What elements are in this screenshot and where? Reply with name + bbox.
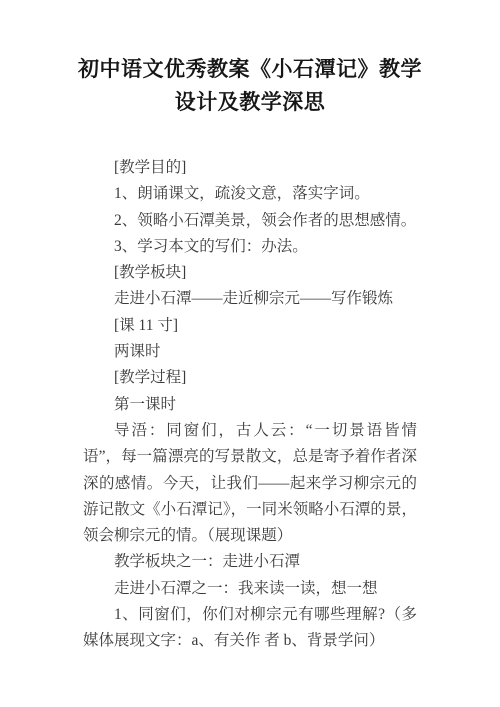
paragraph-teaching-goal-heading: [教学目的] bbox=[83, 155, 417, 181]
paragraph-section-one-activity: 走进小石潭之一：我来读一读，想一想 bbox=[83, 576, 417, 602]
page-title: 初中语文优秀教案《小石潭记》教学 设计及教学深思 bbox=[0, 0, 500, 119]
paragraph-teaching-section-heading: [教学板块] bbox=[83, 260, 417, 286]
paragraph-section-one: 教学板块之一：走进小石潭 bbox=[83, 549, 417, 575]
document-body: [教学目的] 1、朗诵课文，疏浚文意，落实字词。 2、领略小石潭美景，领会作者的… bbox=[83, 155, 417, 655]
document-page: 初中语文优秀教案《小石潭记》教学 设计及教学深思 [教学目的] 1、朗诵课文，疏… bbox=[0, 0, 500, 707]
paragraph-goal-item-3: 3、学习本文的写们：办法。 bbox=[83, 234, 417, 260]
paragraph-teaching-process-heading: [教学过程] bbox=[83, 365, 417, 391]
paragraph-goal-item-2: 2、领略小石潭美景，领会作者的思想感情。 bbox=[83, 208, 417, 234]
page-title-line-2: 设计及教学深思 bbox=[40, 86, 460, 119]
paragraph-first-lesson: 第一课时 bbox=[83, 392, 417, 418]
paragraph-question-one: 1、同窗们，你们对柳宗元有哪些理解?（多媒体展现文字：a、有关作 者 b、背景学… bbox=[83, 602, 417, 655]
paragraph-section-outline: 走进小石潭——走近柳宗元——写作锻炼 bbox=[83, 286, 417, 312]
paragraph-class-hours-heading: [课 11 寸] bbox=[83, 313, 417, 339]
paragraph-lead-in: 导浯：同窗们，古人云：“一切景语皆情语”，每一篇漂亮的写景散文，总是寄予着作者深… bbox=[83, 418, 417, 549]
paragraph-class-hours-value: 两课时 bbox=[83, 339, 417, 365]
paragraph-goal-item-1: 1、朗诵课文，疏浚文意，落实字词。 bbox=[83, 181, 417, 207]
page-title-line-1: 初中语文优秀教案《小石潭记》教学 bbox=[40, 53, 460, 86]
